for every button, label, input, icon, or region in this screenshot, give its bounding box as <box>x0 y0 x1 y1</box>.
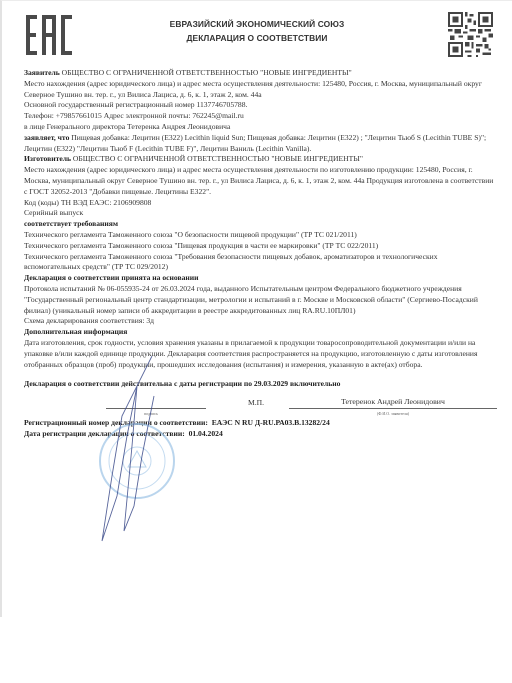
manufacturer-line: Изготовитель ОБЩЕСТВО С ОГРАНИЧЕННОЙ ОТВ… <box>24 154 494 165</box>
declared-products: Пищевая добавка: Лецитин (Е322) Lecithin… <box>24 133 486 153</box>
tn-ved-code: Код (коды) ТН ВЭД ЕАЭС: 2106909808 <box>24 198 494 209</box>
document-header: ЕВРАЗИЙСКИЙ ЭКОНОМИЧЕСКИЙ СОЮЗ ДЕКЛАРАЦИ… <box>122 17 392 45</box>
signer-name-caption: (Ф.И.О. заявителя) <box>289 409 497 420</box>
manufacturer-name: ОБЩЕСТВО С ОГРАНИЧЕННОЙ ОТВЕТСТВЕННОСТЬЮ… <box>71 154 363 163</box>
document-title: ДЕКЛАРАЦИЯ О СООТВЕТСТВИИ <box>122 31 392 45</box>
applicant-contacts: Телефон: +79857661015 Адрес электронной … <box>24 111 494 122</box>
declaration-scheme: Схема декларирования соответствия: 3д <box>24 316 494 327</box>
spacer <box>24 370 494 379</box>
manufacturer-address: Место нахождения (адрес юридического лиц… <box>24 165 494 197</box>
additional-info-label: Дополнительная информация <box>24 327 494 338</box>
basis-label: Декларация о соответствии принята на осн… <box>24 273 494 284</box>
requirement-item: Технического регламента Таможенного союз… <box>24 230 494 241</box>
registration-date-value: 01.04.2024 <box>189 429 223 438</box>
requirement-item: Технического регламента Таможенного союз… <box>24 252 494 274</box>
applicant-ogrn: Основной государственный регистрационный… <box>24 100 494 111</box>
declaration-statement: заявляет, что Пищевая добавка: Лецитин (… <box>24 133 494 155</box>
additional-info-text: Дата изготовления, срок годности, услови… <box>24 338 494 370</box>
applicant-address: Место нахождения (адрес юридического лиц… <box>24 79 494 101</box>
declares-label: заявляет, что <box>24 133 69 142</box>
union-title: ЕВРАЗИЙСКИЙ ЭКОНОМИЧЕСКИЙ СОЮЗ <box>122 17 392 31</box>
eac-logo-icon <box>24 13 74 57</box>
applicant-line: Заявитель ОБЩЕСТВО С ОГРАНИЧЕННОЙ ОТВЕТС… <box>24 68 494 79</box>
applicant-name: ОБЩЕСТВО С ОГРАНИЧЕННОЙ ОТВЕТСТВЕННОСТЬЮ… <box>60 68 352 77</box>
registration-date-label: Дата регистрации декларации о соответств… <box>24 429 185 438</box>
validity-statement: Декларация о соответствии действительна … <box>24 379 494 390</box>
signature-row: подпись М.П. Тетеренок Андрей Леонидович… <box>24 396 494 418</box>
signature-caption: подпись <box>144 409 158 420</box>
registration-date: Дата регистрации декларации о соответств… <box>24 429 494 440</box>
declaration-body: Заявитель ОБЩЕСТВО С ОГРАНИЧЕННОЙ ОТВЕТС… <box>24 68 494 440</box>
applicant-label: Заявитель <box>24 68 60 77</box>
applicant-representative: в лице Генерального директора Тетеренка … <box>24 122 494 133</box>
requirement-item: Технического регламента Таможенного союз… <box>24 241 494 252</box>
registration-number-label: Регистрационный номер декларации о соотв… <box>24 418 208 427</box>
declaration-page: ЕВРАЗИЙСКИЙ ЭКОНОМИЧЕСКИЙ СОЮЗ ДЕКЛАРАЦИ… <box>0 0 512 617</box>
signer-name: Тетеренок Андрей Леонидович <box>289 397 497 408</box>
stamp-place-label: М.П. <box>248 398 264 409</box>
requirements-label: соответствует требованиям <box>24 219 494 230</box>
manufacturer-label: Изготовитель <box>24 154 71 163</box>
qr-code-icon <box>448 12 493 57</box>
release-type: Серийный выпуск <box>24 208 494 219</box>
basis-text: Протокола испытаний № 06-055935-24 от 26… <box>24 284 494 316</box>
